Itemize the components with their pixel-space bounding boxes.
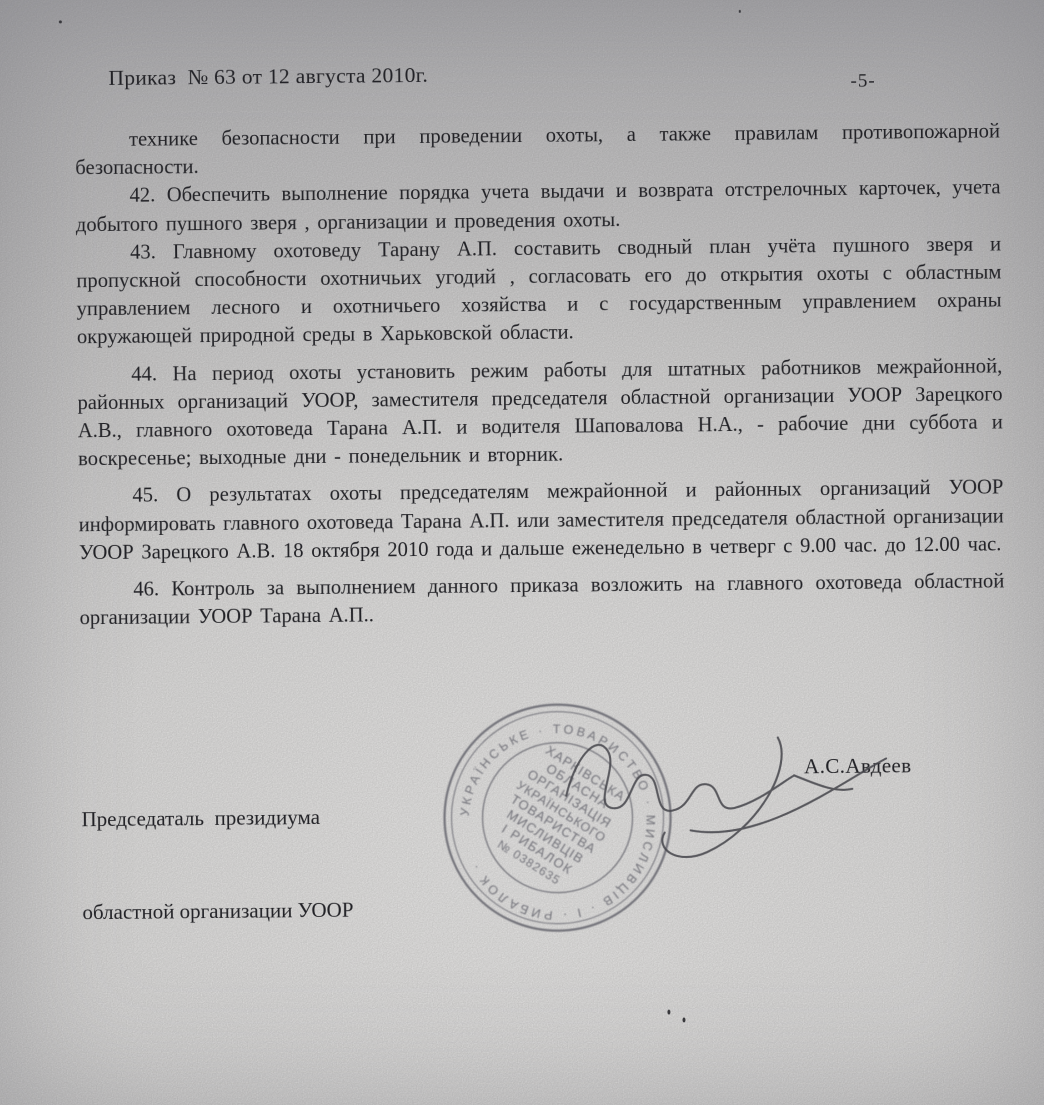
scan-speck <box>667 1010 670 1015</box>
scanned-document-page: Приказ № 63 от 12 августа 2010г. -5- тех… <box>0 0 1044 1105</box>
order-header: Приказ № 63 от 12 августа 2010г. <box>108 63 428 91</box>
paragraph-44: 44. На период охоты установить режим раб… <box>77 352 1003 474</box>
paragraph-42: 42. Обеспечить выполнение порядка учета … <box>75 174 1000 239</box>
signature-title-line1: Председаталь президиума <box>81 802 352 836</box>
document-body: технике безопасности при проведении охот… <box>75 117 1005 632</box>
signature-title-line2: областной организации УООР <box>82 895 353 929</box>
paragraph-43: 43. Главному охотоведу Тарану А.П. соста… <box>76 230 1002 352</box>
scan-speck <box>59 20 62 23</box>
paragraph-41-continuation: технике безопасности при проведении охот… <box>75 117 1000 182</box>
signature-title: Председаталь президиума областной органи… <box>81 740 354 991</box>
handwritten-signature <box>542 708 904 891</box>
page-content: Приказ № 63 от 12 августа 2010г. -5- тех… <box>0 0 1044 1105</box>
scan-speck <box>682 1017 685 1022</box>
scan-speck <box>739 10 741 13</box>
paragraph-46: 46. Контроль за выполнением данного прик… <box>79 567 1004 632</box>
paragraph-45: 45. О результатах охоты председателям ме… <box>78 474 1004 567</box>
page-number: -5- <box>850 71 875 93</box>
